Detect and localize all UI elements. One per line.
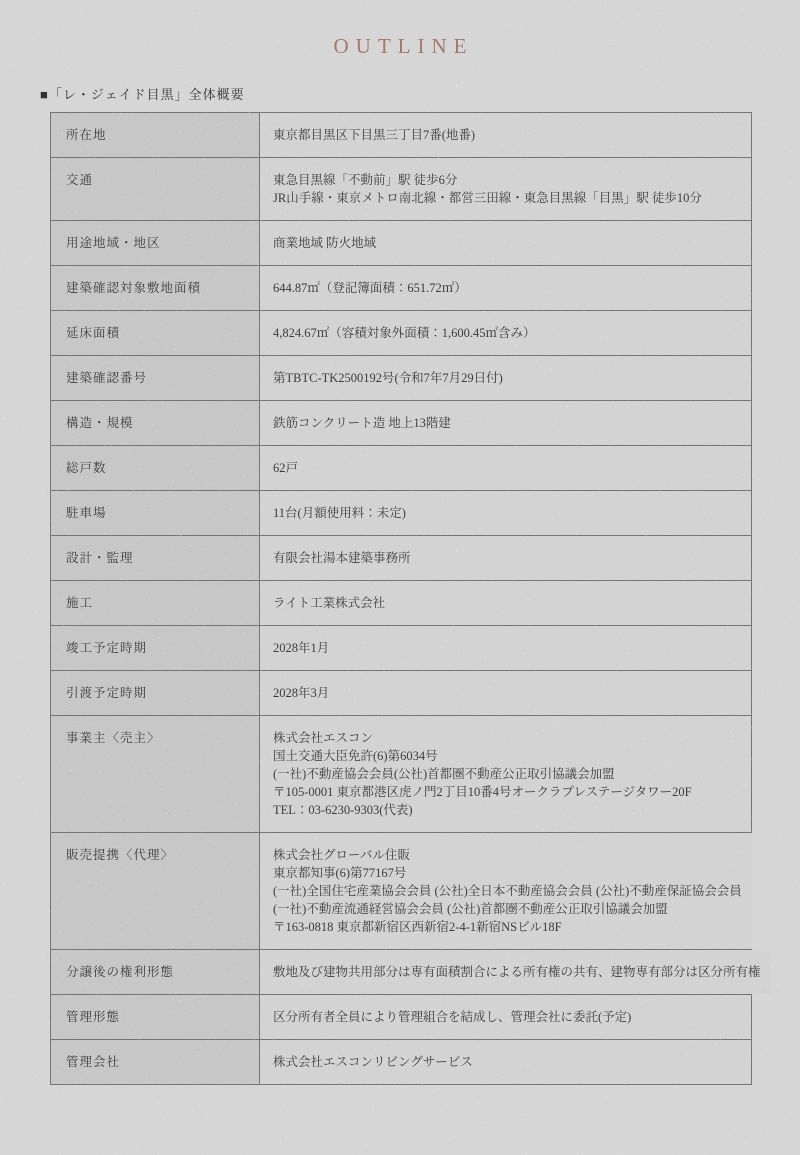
table-row: 管理形態 区分所有者全員により管理組合を結成し、管理会社に委託(予定): [51, 994, 751, 1039]
row-value: 第TBTC-TK2500192号(令和7年7月29日付): [260, 356, 751, 400]
value-line: (一社)全国住宅産業協会会員 (公社)全日本不動産協会会員 (公社)不動産保証協…: [273, 882, 742, 900]
table-row: 延床面積 4,824.67㎡（容積対象外面積：1,600.45㎡含み）: [51, 310, 751, 355]
value-line: 国土交通大臣免許(6)第6034号: [273, 747, 741, 765]
row-label: 建築確認番号: [51, 356, 260, 400]
row-value: ライト工業株式会社: [260, 581, 751, 625]
row-label: 延床面積: [51, 311, 260, 355]
value-line: 4,824.67㎡（容積対象外面積：1,600.45㎡含み）: [273, 324, 741, 342]
row-label: 事業主〈売主〉: [51, 716, 260, 832]
row-label: 分譲後の権利形態: [51, 950, 260, 994]
row-value: 62戸: [260, 446, 751, 490]
value-line: 〒163-0818 東京都新宿区西新宿2-4-1新宿NSビル18F: [273, 918, 742, 936]
row-label: 用途地域・地区: [51, 221, 260, 265]
table-row: 建築確認番号 第TBTC-TK2500192号(令和7年7月29日付): [51, 355, 751, 400]
row-value: 鉄筋コンクリート造 地上13階建: [260, 401, 751, 445]
page-title: OUTLINE: [0, 34, 800, 59]
row-label: 管理会社: [51, 1040, 260, 1084]
row-label: 管理形態: [51, 995, 260, 1039]
row-label: 交通: [51, 158, 260, 220]
table-row: 施工 ライト工業株式会社: [51, 580, 751, 625]
table-row: 交通 東急目黒線「不動前」駅 徒歩6分JR山手線・東京メトロ南北線・都営三田線・…: [51, 157, 751, 220]
value-line: 商業地域 防火地域: [273, 234, 741, 252]
table-row: 用途地域・地区 商業地域 防火地域: [51, 220, 751, 265]
row-value: 2028年1月: [260, 626, 751, 670]
value-line: 東京都知事(6)第77167号: [273, 864, 742, 882]
value-line: 11台(月額使用料：未定): [273, 504, 741, 522]
section-heading: ■「レ・ジェイド目黒」全体概要: [40, 84, 245, 103]
page: OUTLINE ■「レ・ジェイド目黒」全体概要 所在地 東京都目黒区下目黒三丁目…: [0, 0, 800, 1155]
row-label: 販売提携〈代理〉: [51, 833, 260, 949]
row-value: 644.87㎡（登記簿面積：651.72㎡）: [260, 266, 751, 310]
table-row: 事業主〈売主〉 株式会社エスコン国土交通大臣免許(6)第6034号(一社)不動産…: [51, 715, 751, 832]
row-value: 商業地域 防火地域: [260, 221, 751, 265]
row-label: 所在地: [51, 113, 260, 157]
row-label: 設計・監理: [51, 536, 260, 580]
row-label: 建築確認対象敷地面積: [51, 266, 260, 310]
value-line: 株式会社グローバル住販: [273, 846, 742, 864]
row-value: 有限会社湯本建築事務所: [260, 536, 751, 580]
value-line: 敷地及び建物共用部分は専有面積割合による所有権の共有、建物専有部分は区分所有権: [273, 963, 761, 981]
value-line: (一社)不動産協会会員(公社)首都圏不動産公正取引協議会加盟: [273, 765, 741, 783]
value-line: 東急目黒線「不動前」駅 徒歩6分: [273, 171, 741, 189]
table-row: 建築確認対象敷地面積 644.87㎡（登記簿面積：651.72㎡）: [51, 265, 751, 310]
row-label: 竣工予定時期: [51, 626, 260, 670]
row-value: 株式会社グローバル住販東京都知事(6)第77167号(一社)全国住宅産業協会会員…: [260, 833, 752, 949]
table-row: 所在地 東京都目黒区下目黒三丁目7番(地番): [51, 113, 751, 157]
row-value: 2028年3月: [260, 671, 751, 715]
row-value: 敷地及び建物共用部分は専有面積割合による所有権の共有、建物専有部分は区分所有権: [260, 950, 771, 994]
value-line: 区分所有者全員により管理組合を結成し、管理会社に委託(予定): [273, 1008, 741, 1026]
value-line: TEL：03-6230-9303(代表): [273, 801, 741, 819]
value-line: (一社)不動産流通経営協会会員 (公社)首都圏不動産公正取引協議会加盟: [273, 900, 742, 918]
value-line: 株式会社エスコン: [273, 729, 741, 747]
row-value: 東京都目黒区下目黒三丁目7番(地番): [260, 113, 751, 157]
table-row: 竣工予定時期 2028年1月: [51, 625, 751, 670]
value-line: 〒105-0001 東京都港区虎ノ門2丁目10番4号オークラプレステージタワー2…: [273, 783, 741, 801]
table-row: 駐車場 11台(月額使用料：未定): [51, 490, 751, 535]
outline-table: 所在地 東京都目黒区下目黒三丁目7番(地番) 交通 東急目黒線「不動前」駅 徒歩…: [50, 112, 752, 1085]
value-line: 第TBTC-TK2500192号(令和7年7月29日付): [273, 369, 741, 387]
row-value: 区分所有者全員により管理組合を結成し、管理会社に委託(予定): [260, 995, 751, 1039]
row-label: 施工: [51, 581, 260, 625]
table-row: 総戸数 62戸: [51, 445, 751, 490]
value-line: 2028年3月: [273, 684, 741, 702]
row-value: 株式会社エスコン国土交通大臣免許(6)第6034号(一社)不動産協会会員(公社)…: [260, 716, 751, 832]
row-label: 総戸数: [51, 446, 260, 490]
row-value: 11台(月額使用料：未定): [260, 491, 751, 535]
row-label: 構造・規模: [51, 401, 260, 445]
table-row: 販売提携〈代理〉 株式会社グローバル住販東京都知事(6)第77167号(一社)全…: [51, 832, 751, 949]
value-line: 東京都目黒区下目黒三丁目7番(地番): [273, 126, 741, 144]
row-value: 4,824.67㎡（容積対象外面積：1,600.45㎡含み）: [260, 311, 751, 355]
row-value: 株式会社エスコンリビングサービス: [260, 1040, 751, 1084]
row-value: 東急目黒線「不動前」駅 徒歩6分JR山手線・東京メトロ南北線・都営三田線・東急目…: [260, 158, 751, 220]
value-line: 62戸: [273, 459, 741, 477]
value-line: 2028年1月: [273, 639, 741, 657]
value-line: 株式会社エスコンリビングサービス: [273, 1053, 741, 1071]
row-label: 駐車場: [51, 491, 260, 535]
table-row: 分譲後の権利形態 敷地及び建物共用部分は専有面積割合による所有権の共有、建物専有…: [51, 949, 751, 994]
table-row: 構造・規模 鉄筋コンクリート造 地上13階建: [51, 400, 751, 445]
value-line: ライト工業株式会社: [273, 594, 741, 612]
table-row: 設計・監理 有限会社湯本建築事務所: [51, 535, 751, 580]
value-line: JR山手線・東京メトロ南北線・都営三田線・東急目黒線「目黒」駅 徒歩10分: [273, 189, 741, 207]
row-label: 引渡予定時期: [51, 671, 260, 715]
table-row: 管理会社 株式会社エスコンリビングサービス: [51, 1039, 751, 1084]
value-line: 644.87㎡（登記簿面積：651.72㎡）: [273, 279, 741, 297]
value-line: 鉄筋コンクリート造 地上13階建: [273, 414, 741, 432]
value-line: 有限会社湯本建築事務所: [273, 549, 741, 567]
table-row: 引渡予定時期 2028年3月: [51, 670, 751, 715]
